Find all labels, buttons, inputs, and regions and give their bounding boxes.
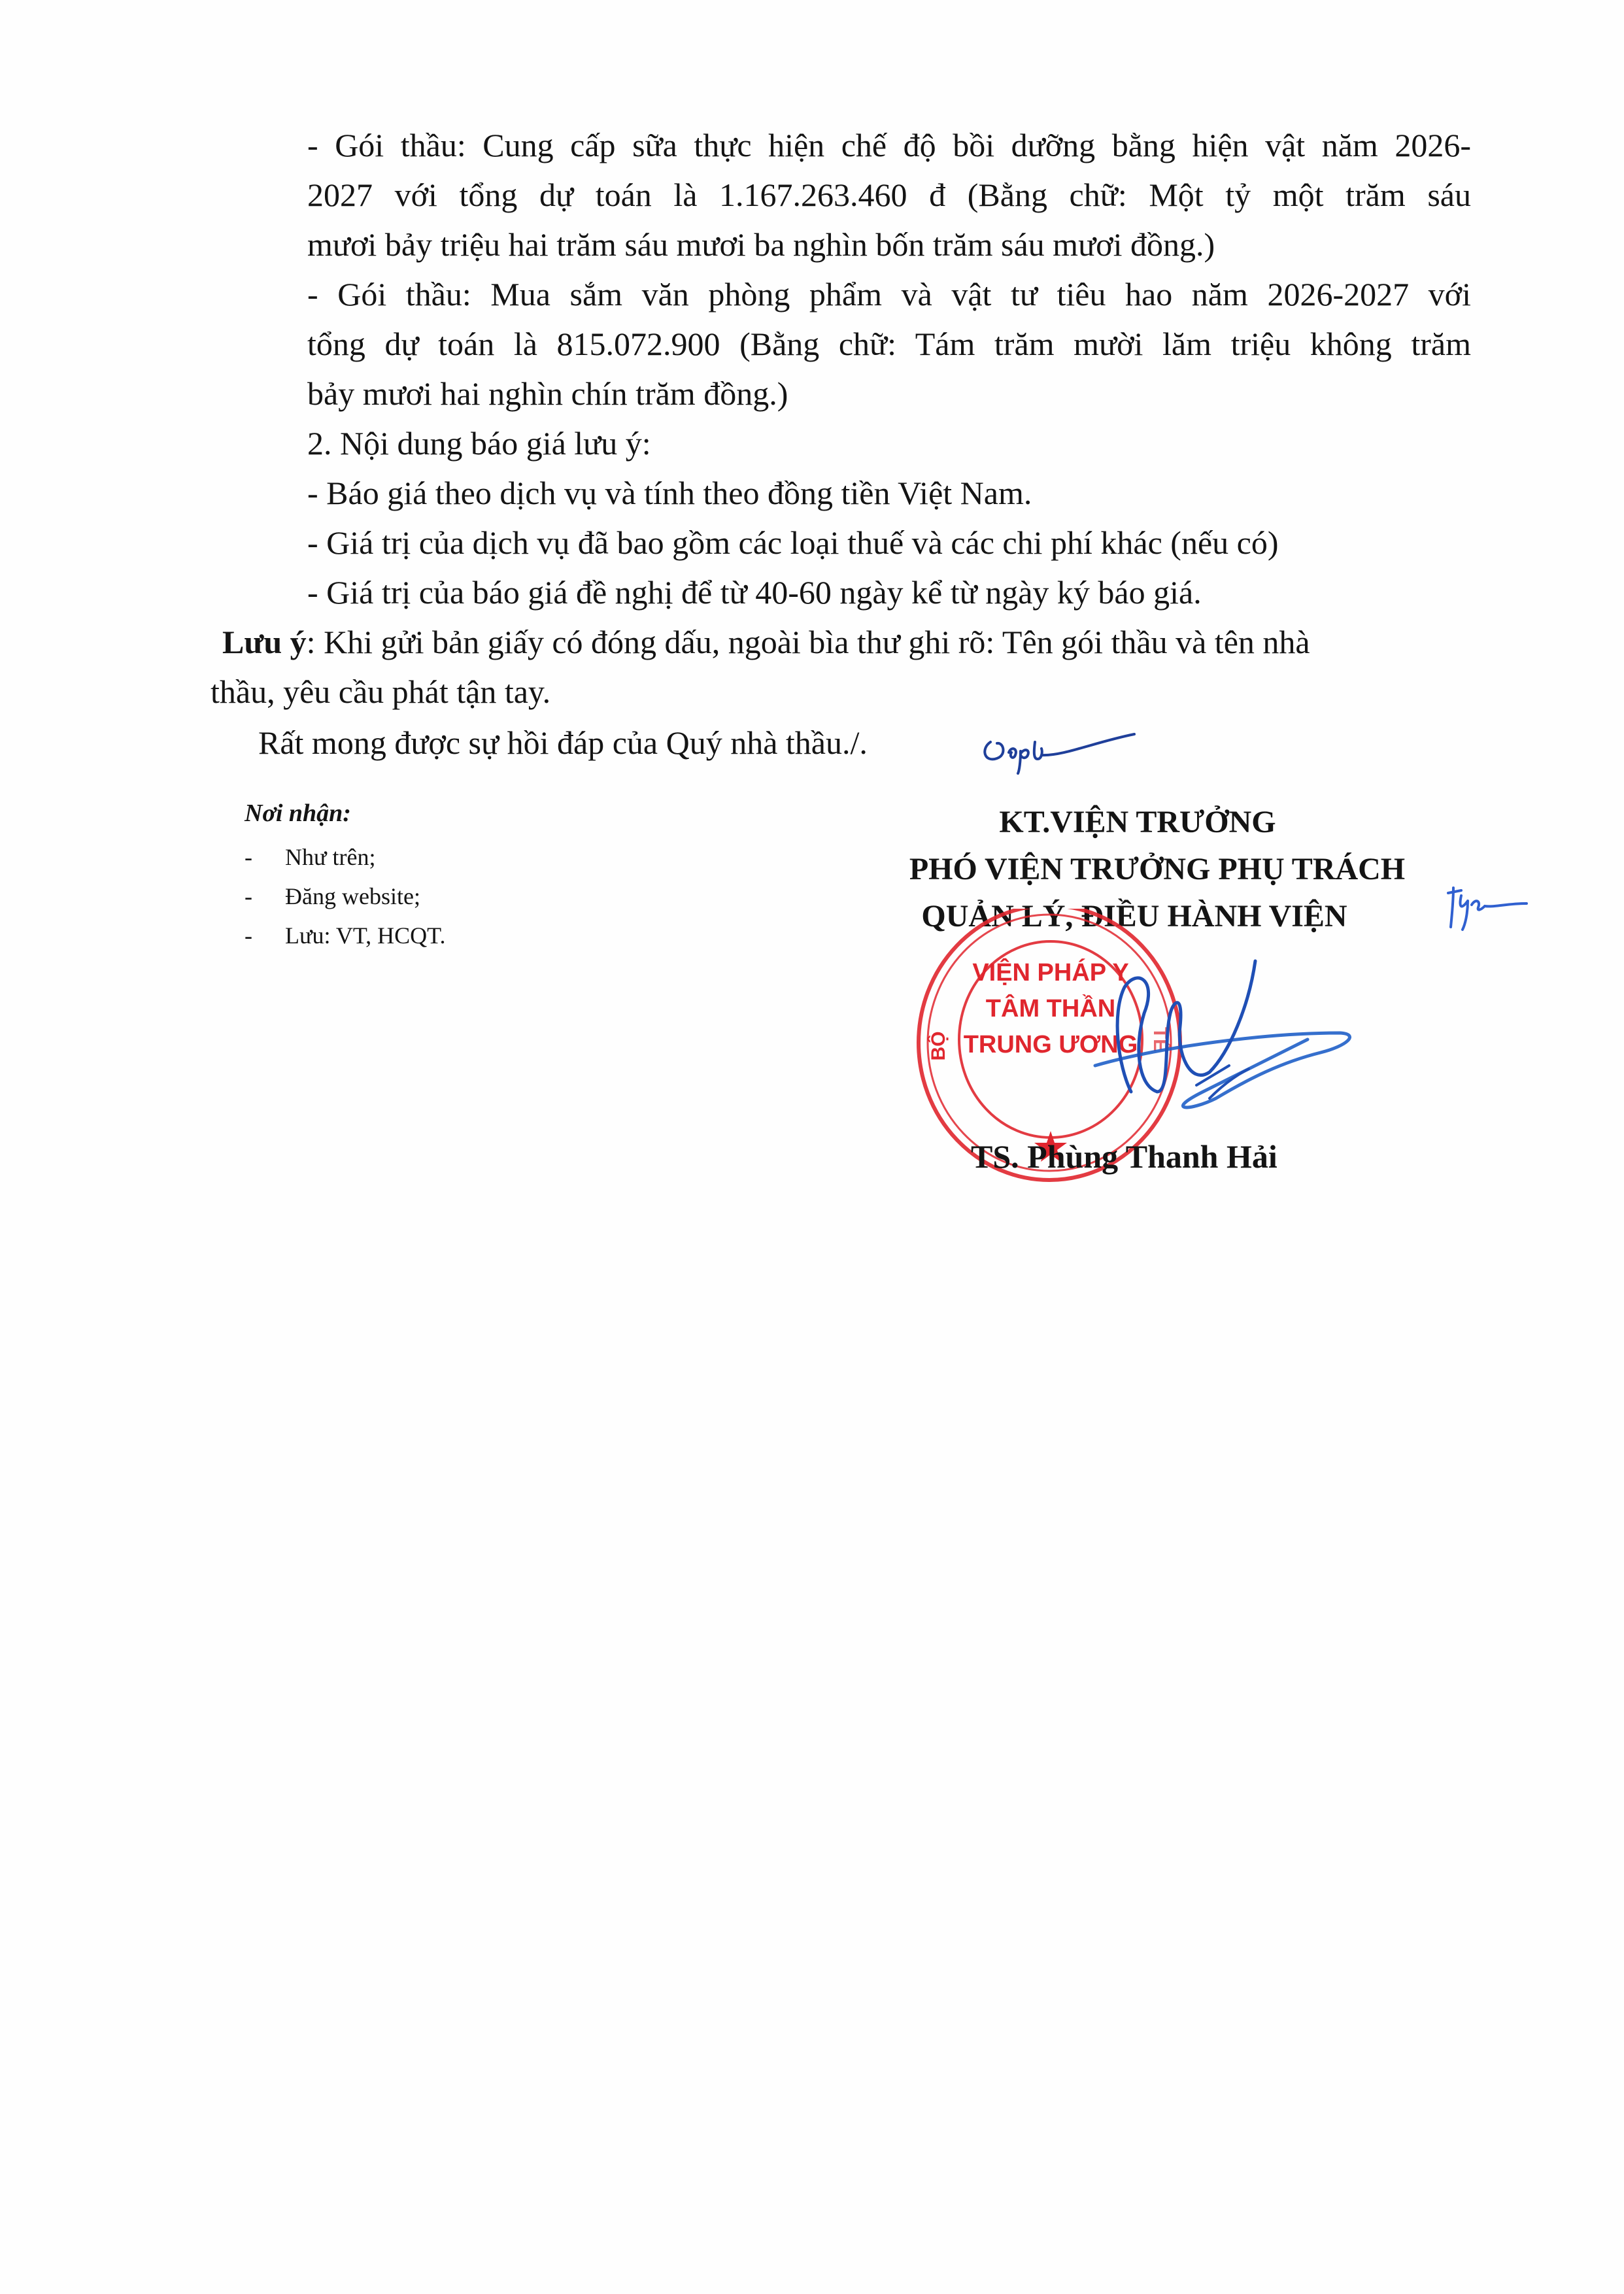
body-line: tổng dự toán là 815.072.900 (Bằng chữ: T… bbox=[307, 324, 1471, 363]
recipients-title: Nơi nhận: bbox=[245, 799, 351, 828]
recipient-item: -Đăng website; bbox=[245, 883, 420, 910]
body-line: 2027 với tổng dự toán là 1.167.263.460 đ… bbox=[307, 175, 1471, 214]
initials-mark-icon bbox=[1442, 881, 1533, 934]
body-line: bảy mươi hai nghìn chín trăm đồng.) bbox=[307, 374, 788, 413]
recipient-item: -Lưu: VT, HCQT. bbox=[245, 922, 446, 949]
note-label: Lưu ý bbox=[222, 622, 307, 662]
note-text: : Khi gửi bản giấy có đóng dấu, ngoài bì… bbox=[307, 622, 1310, 662]
initials-signature-icon bbox=[977, 722, 1141, 775]
document-page: - Gói thầu: Cung cấp sữa thực hiện chế đ… bbox=[0, 0, 1624, 2294]
signature-title-1: KT.VIỆN TRƯỞNG bbox=[785, 799, 1491, 846]
closing-line: Rất mong được sự hồi đáp của Quý nhà thầ… bbox=[258, 723, 868, 762]
body-line: mươi bảy triệu hai trăm sáu mươi ba nghì… bbox=[307, 225, 1215, 264]
handwritten-signature-icon bbox=[1033, 935, 1386, 1118]
recipient-item: -Như trên; bbox=[245, 843, 375, 871]
section-heading: 2. Nội dung báo giá lưu ý: bbox=[307, 424, 651, 463]
body-line: - Giá trị của báo giá đề nghị để từ 40-6… bbox=[307, 573, 1202, 612]
stamp-left-text: BỘ bbox=[927, 1032, 949, 1061]
note-line: Lưu ý: Khi gửi bản giấy có đóng dấu, ngo… bbox=[222, 622, 1471, 662]
body-line: - Báo giá theo dịch vụ và tính theo đồng… bbox=[307, 473, 1032, 513]
signer-name: TS. Phùng Thanh Hải bbox=[971, 1138, 1277, 1175]
note-line: thầu, yêu cầu phát tận tay. bbox=[211, 672, 550, 711]
body-line: - Giá trị của dịch vụ đã bao gồm các loạ… bbox=[307, 523, 1278, 562]
signature-title-2: PHÓ VIỆN TRƯỞNG PHỤ TRÁCH bbox=[824, 846, 1491, 893]
body-line: - Gói thầu: Mua sắm văn phòng phẩm và vậ… bbox=[307, 275, 1471, 314]
body-line: - Gói thầu: Cung cấp sữa thực hiện chế đ… bbox=[307, 126, 1471, 165]
